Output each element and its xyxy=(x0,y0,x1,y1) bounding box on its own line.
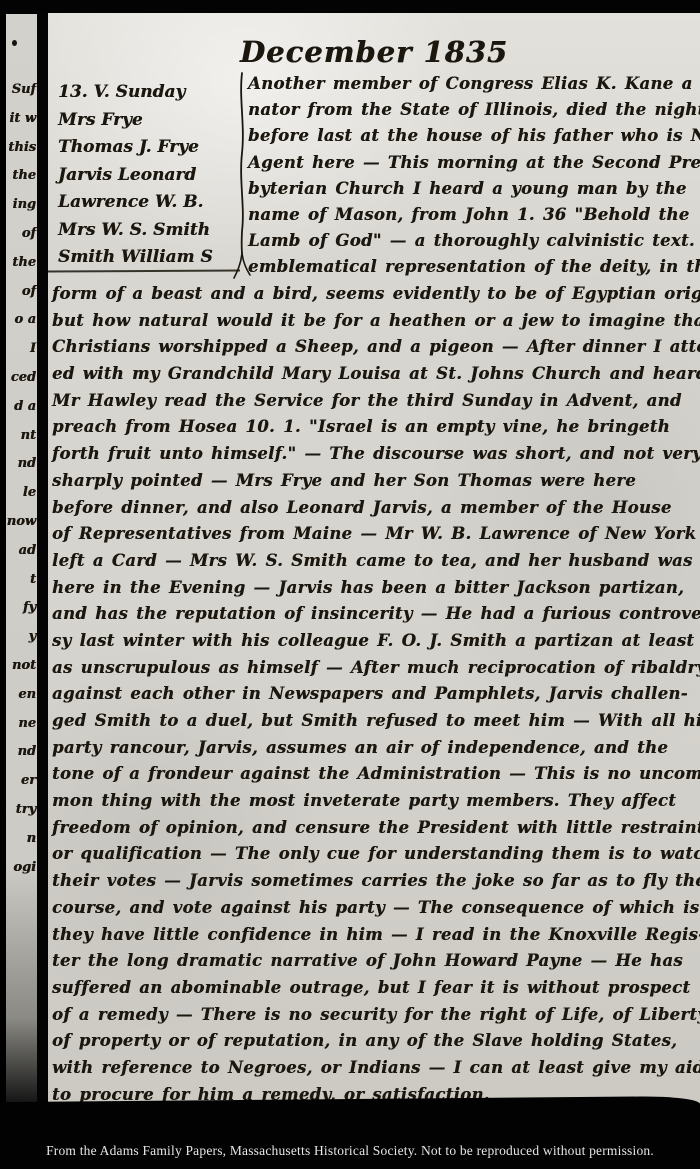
manuscript-line: Lamb of God" — a thoroughly calvinistic … xyxy=(248,228,696,254)
margin-name: Lawrence W. B. xyxy=(58,189,236,217)
edge-text-fragment: now xyxy=(6,508,37,537)
edge-text-fragment: nt xyxy=(6,422,37,451)
edge-text-fragment: I xyxy=(6,335,37,364)
manuscript-line: here in the Evening — Jarvis has been a … xyxy=(52,575,698,602)
manuscript-line: as unscrupulous as himself — After much … xyxy=(52,655,698,682)
manuscript-line: sy last winter with his colleague F. O. … xyxy=(52,628,698,655)
edge-text-fragment: le xyxy=(6,479,37,508)
manuscript-line: tone of a frondeur against the Administr… xyxy=(52,761,698,788)
manuscript-line: party rancour, Jarvis, assumes an air of… xyxy=(52,735,698,762)
entry-body-lines: form of a beast and a bird, seems eviden… xyxy=(52,281,698,1108)
manuscript-line: form of a beast and a bird, seems eviden… xyxy=(52,281,698,308)
edge-text-fragment: n xyxy=(6,825,37,854)
scanned-manuscript-page: Sufit wthistheingoftheofo aIcedd antndle… xyxy=(0,0,700,1169)
edge-text-fragment: y xyxy=(6,623,37,652)
edge-text-fragment: nd xyxy=(6,738,37,767)
edge-text-fragment: try xyxy=(6,796,37,825)
manuscript-line: forth fruit unto himself." — The discour… xyxy=(52,441,698,468)
edge-text-fragment: o a xyxy=(6,306,37,335)
manuscript-line: Another member of Congress Elias K. Kane… xyxy=(248,71,696,97)
margin-name: Mrs W. S. Smith xyxy=(58,217,236,245)
edge-text-fragment: nd xyxy=(6,450,37,479)
manuscript-line: Mr Hawley read the Service for the third… xyxy=(52,388,698,415)
manuscript-line: of property or of reputation, in any of … xyxy=(52,1028,698,1055)
manuscript-line: they have little confidence in him — I r… xyxy=(52,922,698,949)
margin-name: Jarvis Leonard xyxy=(58,162,236,190)
edge-text-fragment: ne xyxy=(6,710,37,739)
edge-text-fragment: en xyxy=(6,681,37,710)
manuscript-line: suffered an abominable outrage, but I fe… xyxy=(52,975,698,1002)
manuscript-line: ed with my Grandchild Mary Louisa at St.… xyxy=(52,361,698,388)
manuscript-line: ged Smith to a duel, but Smith refused t… xyxy=(52,708,698,735)
edge-text-fragment: not xyxy=(6,652,37,681)
manuscript-line: nator from the State of Illinois, died t… xyxy=(248,97,696,123)
manuscript-line: byterian Church I heard a young man by t… xyxy=(248,176,696,202)
manuscript-line: emblematical representation of the deity… xyxy=(248,254,696,280)
edge-text-fragment: Suf xyxy=(6,76,37,105)
manuscript-line: preach from Hosea 10. 1. "Israel is an e… xyxy=(52,414,698,441)
edge-text-fragment: the xyxy=(6,162,37,191)
edge-text-fragment: ad xyxy=(6,537,37,566)
margin-name: Smith William S xyxy=(58,244,236,272)
margin-underline xyxy=(48,269,240,272)
manuscript-line: but how natural would it be for a heathe… xyxy=(52,308,698,335)
edge-text-fragment: ing xyxy=(6,191,37,220)
margin-name: 13. V. Sunday xyxy=(58,79,236,107)
manuscript-line: left a Card — Mrs W. S. Smith came to te… xyxy=(52,548,698,575)
edge-text-fragment: of xyxy=(6,278,37,307)
manuscript-line: or qualification — The only cue for unde… xyxy=(52,841,698,868)
edge-text-fragment: ogi xyxy=(6,854,37,883)
manuscript-line: freedom of opinion, and censure the Pres… xyxy=(52,815,698,842)
ink-speck xyxy=(12,40,17,46)
edge-text-fragment: t xyxy=(6,566,37,595)
edge-text-fragment: it w xyxy=(6,105,37,134)
manuscript-line: of Representatives from Maine — Mr W. B.… xyxy=(52,521,698,548)
manuscript-line: Agent here — This morning at the Second … xyxy=(248,150,696,176)
entry-opening-lines: Another member of Congress Elias K. Kane… xyxy=(248,71,696,281)
margin-name: Mrs Frye xyxy=(58,107,236,135)
edge-text-fragment: er xyxy=(6,767,37,796)
manuscript-line: with reference to Negroes, or Indians — … xyxy=(52,1055,698,1082)
entry-month-title: December 1835 xyxy=(48,35,700,69)
diary-page: December 1835 13. V. SundayMrs FryeThoma… xyxy=(48,13,700,1114)
edge-text-fragment: the xyxy=(6,249,37,278)
manuscript-line: mon thing with the most inveterate party… xyxy=(52,788,698,815)
scan-border-top xyxy=(0,0,700,13)
manuscript-line: ter the long dramatic narrative of John … xyxy=(52,948,698,975)
manuscript-line: their votes — Jarvis sometimes carries t… xyxy=(52,868,698,895)
manuscript-line: against each other in Newspapers and Pam… xyxy=(52,681,698,708)
manuscript-line: and has the reputation of insincerity — … xyxy=(52,601,698,628)
edge-text-fragment: of xyxy=(6,220,37,249)
edge-text-fragment: ced xyxy=(6,364,37,393)
manuscript-line: Christians worshipped a Sheep, and a pig… xyxy=(52,334,698,361)
edge-text-fragments: Sufit wthistheingoftheofo aIcedd antndle… xyxy=(6,14,37,882)
manuscript-line: before last at the house of his father w… xyxy=(248,123,696,149)
manuscript-line: course, and vote against his party — The… xyxy=(52,895,698,922)
manuscript-line: sharply pointed — Mrs Frye and her Son T… xyxy=(52,468,698,495)
edge-text-fragment: fy xyxy=(6,594,37,623)
margin-name: Thomas J. Frye xyxy=(58,134,236,162)
manuscript-line: of a remedy — There is no security for t… xyxy=(52,1002,698,1029)
manuscript-line: before dinner, and also Leonard Jarvis, … xyxy=(52,495,698,522)
scan-border-bottom: From the Adams Family Papers, Massachuse… xyxy=(0,1108,700,1169)
facing-page-edge: Sufit wthistheingoftheofo aIcedd antndle… xyxy=(6,14,37,1106)
edge-text-fragment: d a xyxy=(6,393,37,422)
credit-caption: From the Adams Family Papers, Massachuse… xyxy=(0,1143,700,1159)
margin-name-list: 13. V. SundayMrs FryeThomas J. FryeJarvi… xyxy=(58,79,236,272)
edge-text-fragment: this xyxy=(6,134,37,163)
manuscript-line: name of Mason, from John 1. 36 "Behold t… xyxy=(248,202,696,228)
